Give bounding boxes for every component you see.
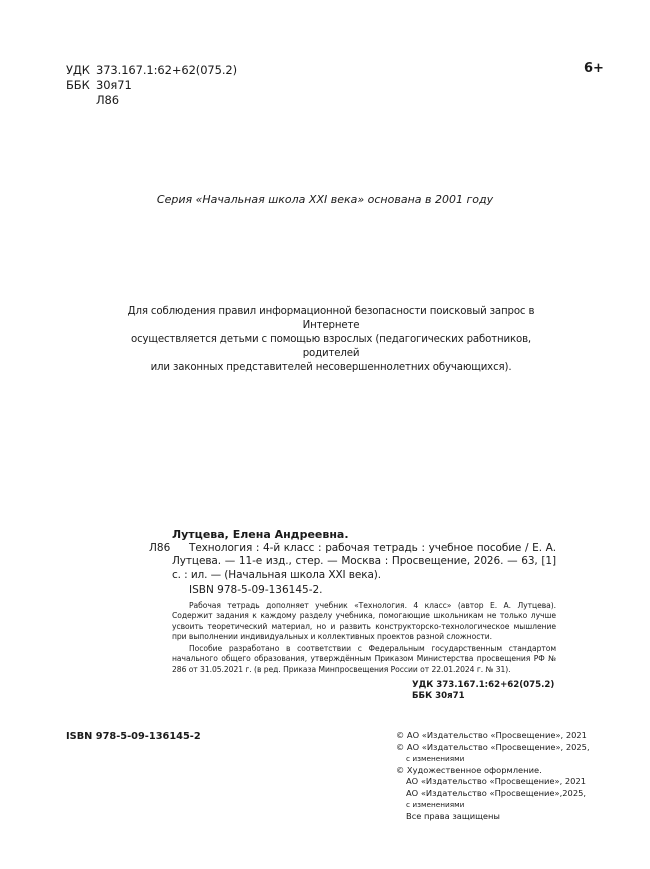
age-rating: 6+ — [584, 61, 604, 76]
copyright-line: © АО «Издательство «Просвещение», 2025, — [396, 742, 590, 754]
biblio-author-mark: Л86 — [149, 542, 170, 554]
series-note: Серия «Начальная школа XXI века» основан… — [0, 193, 650, 206]
safety-notice-line: или законных представителей несовершенно… — [110, 361, 552, 375]
author-mark: Л86 — [66, 93, 237, 108]
safety-notice-line: Для соблюдения правил информационной без… — [110, 305, 552, 333]
copyright-block: © АО «Издательство «Просвещение», 2021© … — [396, 730, 590, 822]
copyright-line: Все права защищены — [396, 811, 590, 823]
biblio-udk: УДК 373.167.1:62+62(075.2) — [412, 680, 556, 691]
bibliographic-record: Лутцева, Елена Андреевна. Технология : 4… — [172, 528, 556, 702]
udk-row: УДК373.167.1:62+62(075.2) — [66, 63, 237, 78]
copyright-line: АО «Издательство «Просвещение», 2021 — [396, 776, 590, 788]
biblio-author: Лутцева, Елена Андреевна. — [172, 528, 556, 542]
copyright-line: с изменениями — [396, 799, 590, 811]
biblio-bbk: ББК 30я71 — [412, 691, 556, 702]
bbk-label: ББК — [66, 78, 96, 93]
bbk-row: ББК30я71 — [66, 78, 237, 93]
safety-notice-line: осуществляется детьми с помощью взрослых… — [110, 333, 552, 361]
biblio-annotation: Рабочая тетрадь дополняет учебник «Техно… — [172, 601, 556, 643]
udk-label: УДК — [66, 63, 96, 78]
biblio-isbn: ISBN 978-5-09-136145-2. — [172, 584, 556, 598]
copyright-line: © АО «Издательство «Просвещение», 2021 — [396, 730, 590, 742]
biblio-standard-note: Пособие разработано в соответствии с Фед… — [172, 644, 556, 676]
biblio-description: Технология : 4-й класс : рабочая тетрадь… — [172, 542, 556, 583]
bbk-value: 30я71 — [96, 78, 132, 92]
biblio-codes: УДК 373.167.1:62+62(075.2) ББК 30я71 — [172, 680, 556, 702]
copyright-line: с изменениями — [396, 753, 590, 765]
classification-codes: УДК373.167.1:62+62(075.2) ББК30я71 Л86 — [66, 63, 237, 108]
isbn-footer: ISBN 978-5-09-136145-2 — [66, 731, 201, 742]
copyright-line: АО «Издательство «Просвещение»,2025, — [396, 788, 590, 800]
safety-notice: Для соблюдения правил информационной без… — [110, 305, 552, 375]
copyright-line: © Художественное оформление. — [396, 765, 590, 777]
udk-value: 373.167.1:62+62(075.2) — [96, 63, 237, 77]
